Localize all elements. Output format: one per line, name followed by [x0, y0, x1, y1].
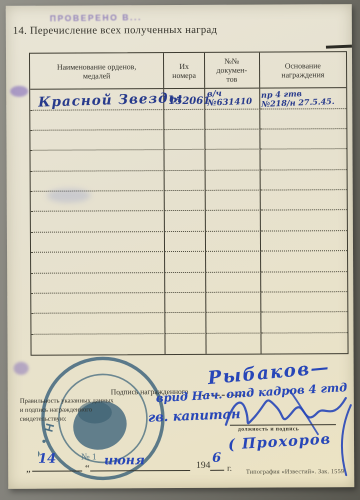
empty-cell [205, 150, 260, 171]
table-row-empty [31, 292, 347, 314]
empty-cell [31, 293, 165, 314]
empty-cell [206, 211, 261, 232]
date-year-line [210, 470, 224, 471]
empty-cell [260, 190, 347, 211]
empty-cell [165, 150, 206, 171]
empty-cell [165, 252, 206, 273]
empty-cell [30, 150, 164, 171]
date-open-quote: „ [26, 464, 31, 475]
header-award-name: Наименование орденов, медалей [30, 53, 164, 89]
certifier-rank-handwritten: гв. капитан [148, 407, 241, 426]
empty-cell [164, 109, 205, 130]
empty-cell [206, 292, 261, 313]
date-year-digit-handwritten: 6 [212, 451, 221, 466]
handwritten-document-number: в/ч №631410 [207, 88, 252, 108]
certification-text: Правильность указанных данных и подпись … [20, 397, 160, 424]
header-award-basis: Основание награждения [260, 52, 347, 88]
empty-cell [260, 231, 347, 252]
header-award-number: Их номера [164, 53, 205, 88]
header-document-number: №№ докумен- тов [205, 53, 260, 88]
date-year-suffix: г. [227, 463, 232, 473]
empty-cell [31, 252, 165, 273]
empty-cell [30, 130, 164, 151]
cell-award-name: Красной Звезды [30, 89, 164, 110]
empty-cell [165, 293, 206, 314]
empty-cell [30, 110, 164, 131]
award-record-card: ПРОВЕРЕНО В... 14. Перечисление всех пол… [6, 4, 355, 489]
position-caption: должность и подпись [238, 426, 299, 432]
stamp-center-number: № 1 [81, 451, 96, 461]
empty-cell [165, 272, 206, 293]
handwritten-award-basis: пр 4 гтв №218/н 27.5.45. [260, 87, 334, 108]
empty-cell [31, 211, 165, 232]
empty-cell [166, 313, 207, 334]
empty-cell [165, 130, 206, 151]
date-month-handwritten: июня [104, 452, 145, 467]
empty-cell [260, 129, 347, 150]
table-row-empty [30, 129, 346, 151]
table-row-empty [31, 333, 347, 355]
empty-cell [206, 252, 261, 273]
table-row-empty [31, 251, 347, 273]
awards-table-header: Наименование орденов, медалей Их номера … [30, 52, 346, 90]
certify-line-3: свидетельствую: [20, 415, 160, 425]
empty-cell [31, 334, 165, 355]
table-row-award: Красной Звезды 152061 в/ч №631410 пр 4 г… [30, 88, 346, 110]
table-row-empty [31, 272, 347, 294]
table-row-empty [31, 170, 347, 192]
table-row-empty [30, 109, 346, 131]
empty-cell [165, 232, 206, 253]
closing-pen-stroke [336, 402, 354, 478]
table-row-empty [30, 149, 346, 171]
empty-cell [165, 170, 206, 191]
empty-cell [166, 333, 207, 354]
empty-cell [31, 191, 165, 212]
empty-cell [31, 232, 165, 253]
table-body: Красной Звезды 152061 в/ч №631410 пр 4 г… [30, 88, 347, 355]
table-row-empty [31, 312, 347, 334]
table-row-empty [31, 190, 347, 212]
awards-table: Наименование орденов, медалей Их номера … [29, 51, 349, 356]
section-title: 14. Перечисление всех полученных наград [13, 24, 348, 37]
empty-cell [260, 149, 347, 170]
empty-cell [206, 170, 261, 191]
empty-cell [261, 272, 348, 293]
date-day-handwritten: 14 [38, 452, 56, 467]
empty-cell [31, 313, 165, 334]
empty-cell [261, 292, 348, 313]
cell-award-basis: пр 4 гтв №218/н 27.5.45. [260, 88, 347, 109]
empty-cell [205, 109, 260, 130]
purple-ink-smudge [14, 362, 29, 375]
table-row-empty [31, 231, 347, 253]
handwritten-award-name: Красной Звезды [38, 90, 183, 111]
empty-cell [206, 191, 261, 212]
empty-cell [261, 251, 348, 272]
printer-imprint: Типография «Известий». Зак. 1559 [246, 468, 344, 476]
empty-cell [165, 191, 206, 212]
table-row-empty [31, 211, 347, 233]
cell-award-number: 152061 [164, 89, 205, 110]
empty-cell [206, 272, 261, 293]
empty-cell [165, 211, 206, 232]
purple-ink-smudge [10, 86, 28, 97]
ink-dash-mark [326, 45, 352, 49]
cell-document-number: в/ч №631410 [205, 89, 260, 110]
handwritten-award-number: 152061 [168, 95, 210, 106]
empty-cell [260, 170, 347, 191]
empty-cell [31, 273, 165, 294]
empty-cell [206, 333, 261, 354]
empty-cell [31, 171, 165, 192]
empty-cell [260, 211, 347, 232]
empty-cell [205, 129, 260, 150]
certifier-name-handwritten: ( Прохоров [228, 431, 332, 454]
empty-cell [261, 333, 348, 354]
empty-cell [260, 109, 347, 130]
empty-cell [206, 313, 261, 334]
empty-cell [206, 231, 261, 252]
empty-cell [261, 312, 348, 333]
verified-ink-stamp: ПРОВЕРЕНО В... [50, 11, 210, 23]
date-year-printed: 194 [196, 461, 210, 471]
date-close-quote: “ [85, 463, 90, 474]
